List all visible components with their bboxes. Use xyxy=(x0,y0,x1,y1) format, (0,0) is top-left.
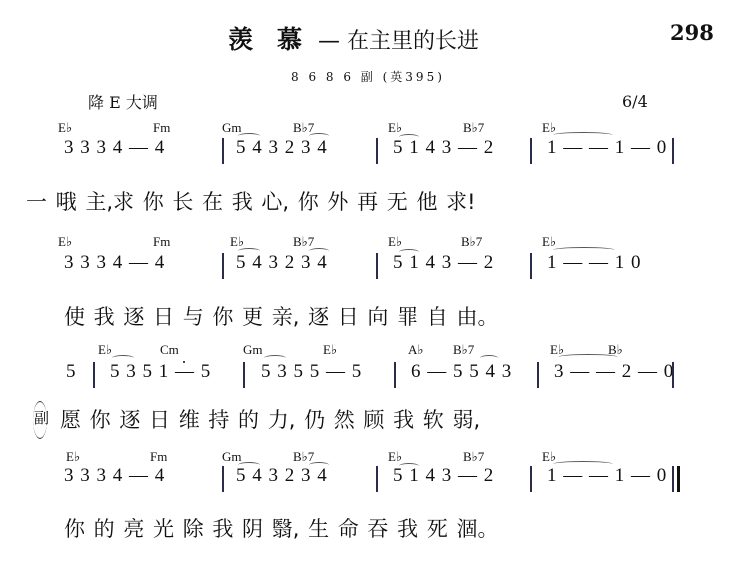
measure: 3 3 3 4 — 4 xyxy=(64,252,165,274)
measure: 5 3 5 1 — 5 xyxy=(110,361,211,383)
hymn-subtitle: — 在主里的长进 xyxy=(318,24,479,55)
chord: E♭ xyxy=(98,342,112,358)
measure: 5 1 4 3 — 2 xyxy=(393,465,494,487)
refrain-label: 副 xyxy=(34,407,49,428)
hymn-title: 羡慕 xyxy=(228,20,304,56)
chord: Gm xyxy=(243,342,263,358)
bar-line xyxy=(376,138,378,164)
chord: B♭7 xyxy=(461,234,482,250)
meter-info: 8 6 8 6 副 (英395) xyxy=(291,68,445,85)
bar-line xyxy=(222,253,224,279)
chord: Fm xyxy=(150,449,167,465)
title-char-1: 羡 xyxy=(228,25,255,54)
chord: A♭ xyxy=(408,342,424,358)
measure: 5 1 4 3 — 2 xyxy=(393,252,494,274)
bar-line xyxy=(530,138,532,164)
chord: Fm xyxy=(153,234,170,250)
chord: E♭ xyxy=(388,120,402,136)
chord: B♭7 xyxy=(453,342,474,358)
chord: E♭ xyxy=(323,342,337,358)
chord: B♭7 xyxy=(293,234,314,250)
bar-line xyxy=(537,362,539,388)
lyrics-line: 你 的 亮 光 除 我 阴 翳, 生 命 吞 我 死 涸。 xyxy=(64,513,498,543)
measure: 1 — — 1 — 0 xyxy=(547,137,667,159)
chord: Fm xyxy=(153,120,170,136)
bar-line xyxy=(530,253,532,279)
measure: 5 4 3 2 3 4 xyxy=(236,465,328,487)
bar-line xyxy=(93,362,95,388)
chord: E♭ xyxy=(58,120,72,136)
bar-line xyxy=(672,138,674,164)
measure: 5 4 3 2 3 4 xyxy=(236,137,328,159)
chord: E♭ xyxy=(58,234,72,250)
chord: Cm xyxy=(160,342,179,358)
time-signature: 6/4 xyxy=(622,92,648,111)
final-bar-thick xyxy=(677,466,680,492)
title-char-2: 慕 xyxy=(277,25,304,54)
chord: E♭ xyxy=(542,234,556,250)
bar-line xyxy=(376,466,378,492)
measure: 5 3 5 5 — 5 xyxy=(261,361,362,383)
lyrics-line: 愿 你 逐 日 维 持 的 力, 仍 然 顾 我 软 弱, xyxy=(60,404,480,434)
chord: B♭7 xyxy=(463,449,484,465)
lyrics-line: 使 我 逐 日 与 你 更 亲, 逐 日 向 罪 自 由。 xyxy=(64,301,498,331)
measure: 3 — — 2 — 0 xyxy=(554,361,674,383)
slur xyxy=(558,354,618,360)
key-signature: 降 E 大调 xyxy=(88,90,158,113)
chord: B♭7 xyxy=(463,120,484,136)
chord: E♭ xyxy=(388,449,402,465)
measure: 6 — 5 5 4 3 xyxy=(411,361,512,383)
measure: 3 3 3 4 — 4 xyxy=(64,137,165,159)
measure: 1 — — 1 — 0 xyxy=(547,465,667,487)
hymn-number: 298 xyxy=(670,20,714,45)
measure: 5 1 4 3 — 2 xyxy=(393,137,494,159)
bar-line xyxy=(530,466,532,492)
bar-line xyxy=(222,138,224,164)
measure: 1 — — 1 0 xyxy=(547,252,642,274)
bar-line xyxy=(672,362,674,388)
bar-line xyxy=(394,362,396,388)
measure: 5 4 3 2 3 4 xyxy=(236,252,328,274)
final-bar-thin xyxy=(672,466,674,492)
lyrics-line: 一 哦 主,求 你 长 在 我 心, 你 外 再 无 他 求! xyxy=(26,186,476,216)
measure: 3 3 3 4 — 4 xyxy=(64,465,165,487)
bar-line xyxy=(243,362,245,388)
pickup-note: 5 xyxy=(66,361,77,383)
bar-line xyxy=(376,253,378,279)
chord: E♭ xyxy=(66,449,80,465)
bar-line xyxy=(222,466,224,492)
chord: E♭ xyxy=(388,234,402,250)
